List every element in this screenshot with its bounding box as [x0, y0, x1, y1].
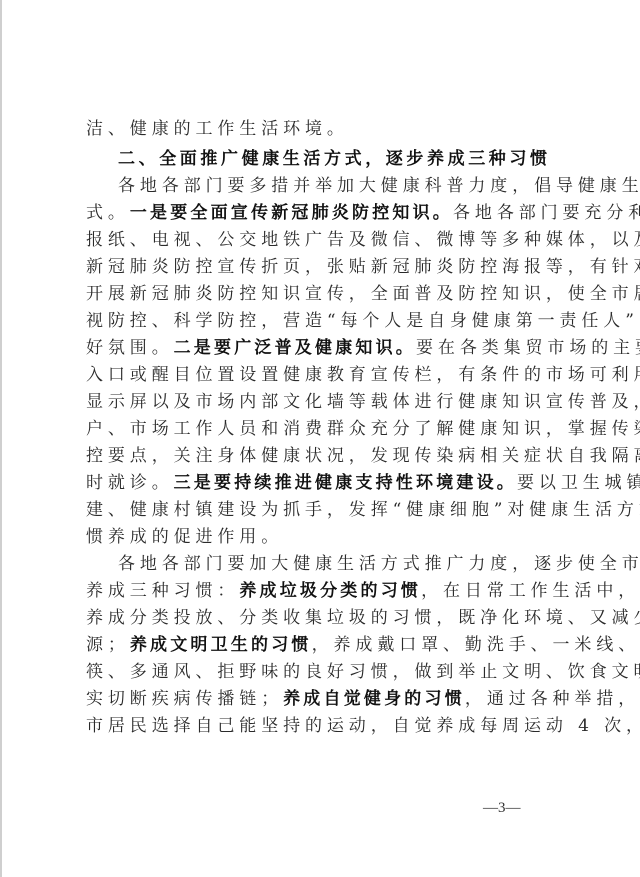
text-line: 洁、健康的工作生活环境。: [86, 116, 556, 143]
text-segment: 入口或醒目位置设置健康教育宣传栏，有条件的市场可利用电子: [86, 365, 640, 385]
text-segment: 养成三种习惯：: [86, 581, 239, 601]
text-segment: 户、市场工作人员和消费群众充分了解健康知识，掌握传染病防: [86, 419, 640, 439]
text-segment: 各地各部门要多措并举加大健康科普力度，倡导健康生活方: [118, 176, 640, 196]
text-line: 源；养成文明卫生的习惯，养成戴口罩、勤洗手、一米线、用公: [86, 632, 556, 659]
text-line: 市居民选择自己能坚持的运动，自觉养成每周运动 4 次，每次进: [86, 713, 556, 740]
bold-phrase: 三是要持续推进健康支持性环境建设。: [174, 473, 517, 493]
text-line: 各地各部门要多措并举加大健康科普力度，倡导健康生活方: [86, 173, 556, 200]
text-segment: 显示屏以及市场内部文化墙等载体进行健康知识宣传普及，使商: [86, 392, 640, 412]
text-line: 户、市场工作人员和消费群众充分了解健康知识，掌握传染病防: [86, 416, 556, 443]
bold-phrase: 二、全面推广健康生活方式，逐步养成三种习惯: [118, 149, 551, 169]
text-segment: 各地各部门要充分利用: [453, 203, 640, 223]
text-line: 时就诊。三是要持续推进健康支持性环境建设。要以卫生城镇创: [86, 470, 556, 497]
page-number: —3—: [483, 800, 521, 817]
bold-phrase: 养成自觉健身的习惯: [283, 689, 465, 709]
text-segment: 控要点，关注身体健康状况，发现传染病相关症状自我隔离、及: [86, 446, 640, 466]
text-segment: 养成分类投放、分类收集垃圾的习惯，既净化环境、又减少疾病: [86, 608, 640, 628]
text-line: 新冠肺炎防控宣传折页，张贴新冠肺炎防控海报等，有针对性地: [86, 254, 556, 281]
text-line: 养成三种习惯：养成垃圾分类的习惯，在日常工作生活中，自觉: [86, 578, 556, 605]
bold-phrase: 养成垃圾分类的习惯: [239, 581, 421, 601]
text-segment: 洁、健康的工作生活环境。: [86, 119, 349, 139]
text-line: 开展新冠肺炎防控知识宣传，全面普及防控知识，使全市居民重: [86, 281, 556, 308]
text-segment: ，养成戴口罩、勤洗手、一米线、用公: [312, 635, 640, 655]
text-segment: 时就诊。: [86, 473, 174, 493]
section-heading: 二、全面推广健康生活方式，逐步养成三种习惯: [86, 143, 556, 173]
text-segment: 式。: [86, 203, 130, 223]
text-line: 视防控、科学防控，营造“每个人是自身健康第一责任人”的良: [86, 308, 556, 335]
text-segment: 报纸、电视、公交地铁广告及微信、微博等多种媒体，以及发放: [86, 230, 640, 250]
page-edge: [0, 0, 2, 877]
text-line: 实切断疾病传播链；养成自觉健身的习惯，通过各种举措，让全: [86, 686, 556, 713]
text-line: 养成分类投放、分类收集垃圾的习惯，既净化环境、又减少疾病: [86, 605, 556, 632]
text-line: 筷、多通风、拒野味的良好习惯，做到举止文明、饮食文明，切: [86, 659, 556, 686]
text-line: 建、健康村镇建设为抓手，发挥“健康细胞”对健康生活方式习: [86, 497, 556, 524]
text-segment: 源；: [86, 635, 130, 655]
text-segment: 各地各部门要加大健康生活方式推广力度，逐步使全市居民: [118, 554, 640, 574]
text-line: 报纸、电视、公交地铁广告及微信、微博等多种媒体，以及发放: [86, 227, 556, 254]
text-segment: 建、健康村镇建设为抓手，发挥“健康细胞”对健康生活方式习: [86, 500, 640, 520]
text-segment: 新冠肺炎防控宣传折页，张贴新冠肺炎防控海报等，有针对性地: [86, 257, 640, 277]
bold-phrase: 二是要广泛普及健康知识。: [174, 338, 416, 358]
text-segment: 视防控、科学防控，营造“每个人是自身健康第一责任人”的良: [86, 311, 640, 331]
document-body: 洁、健康的工作生活环境。二、全面推广健康生活方式，逐步养成三种习惯各地各部门要多…: [86, 116, 556, 740]
text-segment: 筷、多通风、拒野味的良好习惯，做到举止文明、饮食文明，切: [86, 662, 640, 682]
text-segment: 要在各类集贸市场的主要出: [416, 338, 640, 358]
text-segment: 惯养成的促进作用。: [86, 527, 283, 547]
text-segment: 好氛围。: [86, 338, 174, 358]
text-segment: ，通过各种举措，让全: [465, 689, 640, 709]
text-segment: 要以卫生城镇创: [517, 473, 640, 493]
text-segment: 实切断疾病传播链；: [86, 689, 283, 709]
bold-phrase: 养成文明卫生的习惯: [130, 635, 312, 655]
text-line: 好氛围。二是要广泛普及健康知识。要在各类集贸市场的主要出: [86, 335, 556, 362]
text-line: 各地各部门要加大健康生活方式推广力度，逐步使全市居民: [86, 551, 556, 578]
bold-phrase: 一是要全面宣传新冠肺炎防控知识。: [130, 203, 453, 223]
text-segment: 市居民选择自己能坚持的运动，自觉养成每周运动 4 次，每次进: [86, 716, 640, 736]
text-segment: ，在日常工作生活中，自觉: [421, 581, 640, 601]
text-line: 控要点，关注身体健康状况，发现传染病相关症状自我隔离、及: [86, 443, 556, 470]
text-line: 入口或醒目位置设置健康教育宣传栏，有条件的市场可利用电子: [86, 362, 556, 389]
text-segment: 开展新冠肺炎防控知识宣传，全面普及防控知识，使全市居民重: [86, 284, 640, 304]
text-line: 式。一是要全面宣传新冠肺炎防控知识。各地各部门要充分利用: [86, 200, 556, 227]
text-line: 惯养成的促进作用。: [86, 524, 556, 551]
text-line: 显示屏以及市场内部文化墙等载体进行健康知识宣传普及，使商: [86, 389, 556, 416]
